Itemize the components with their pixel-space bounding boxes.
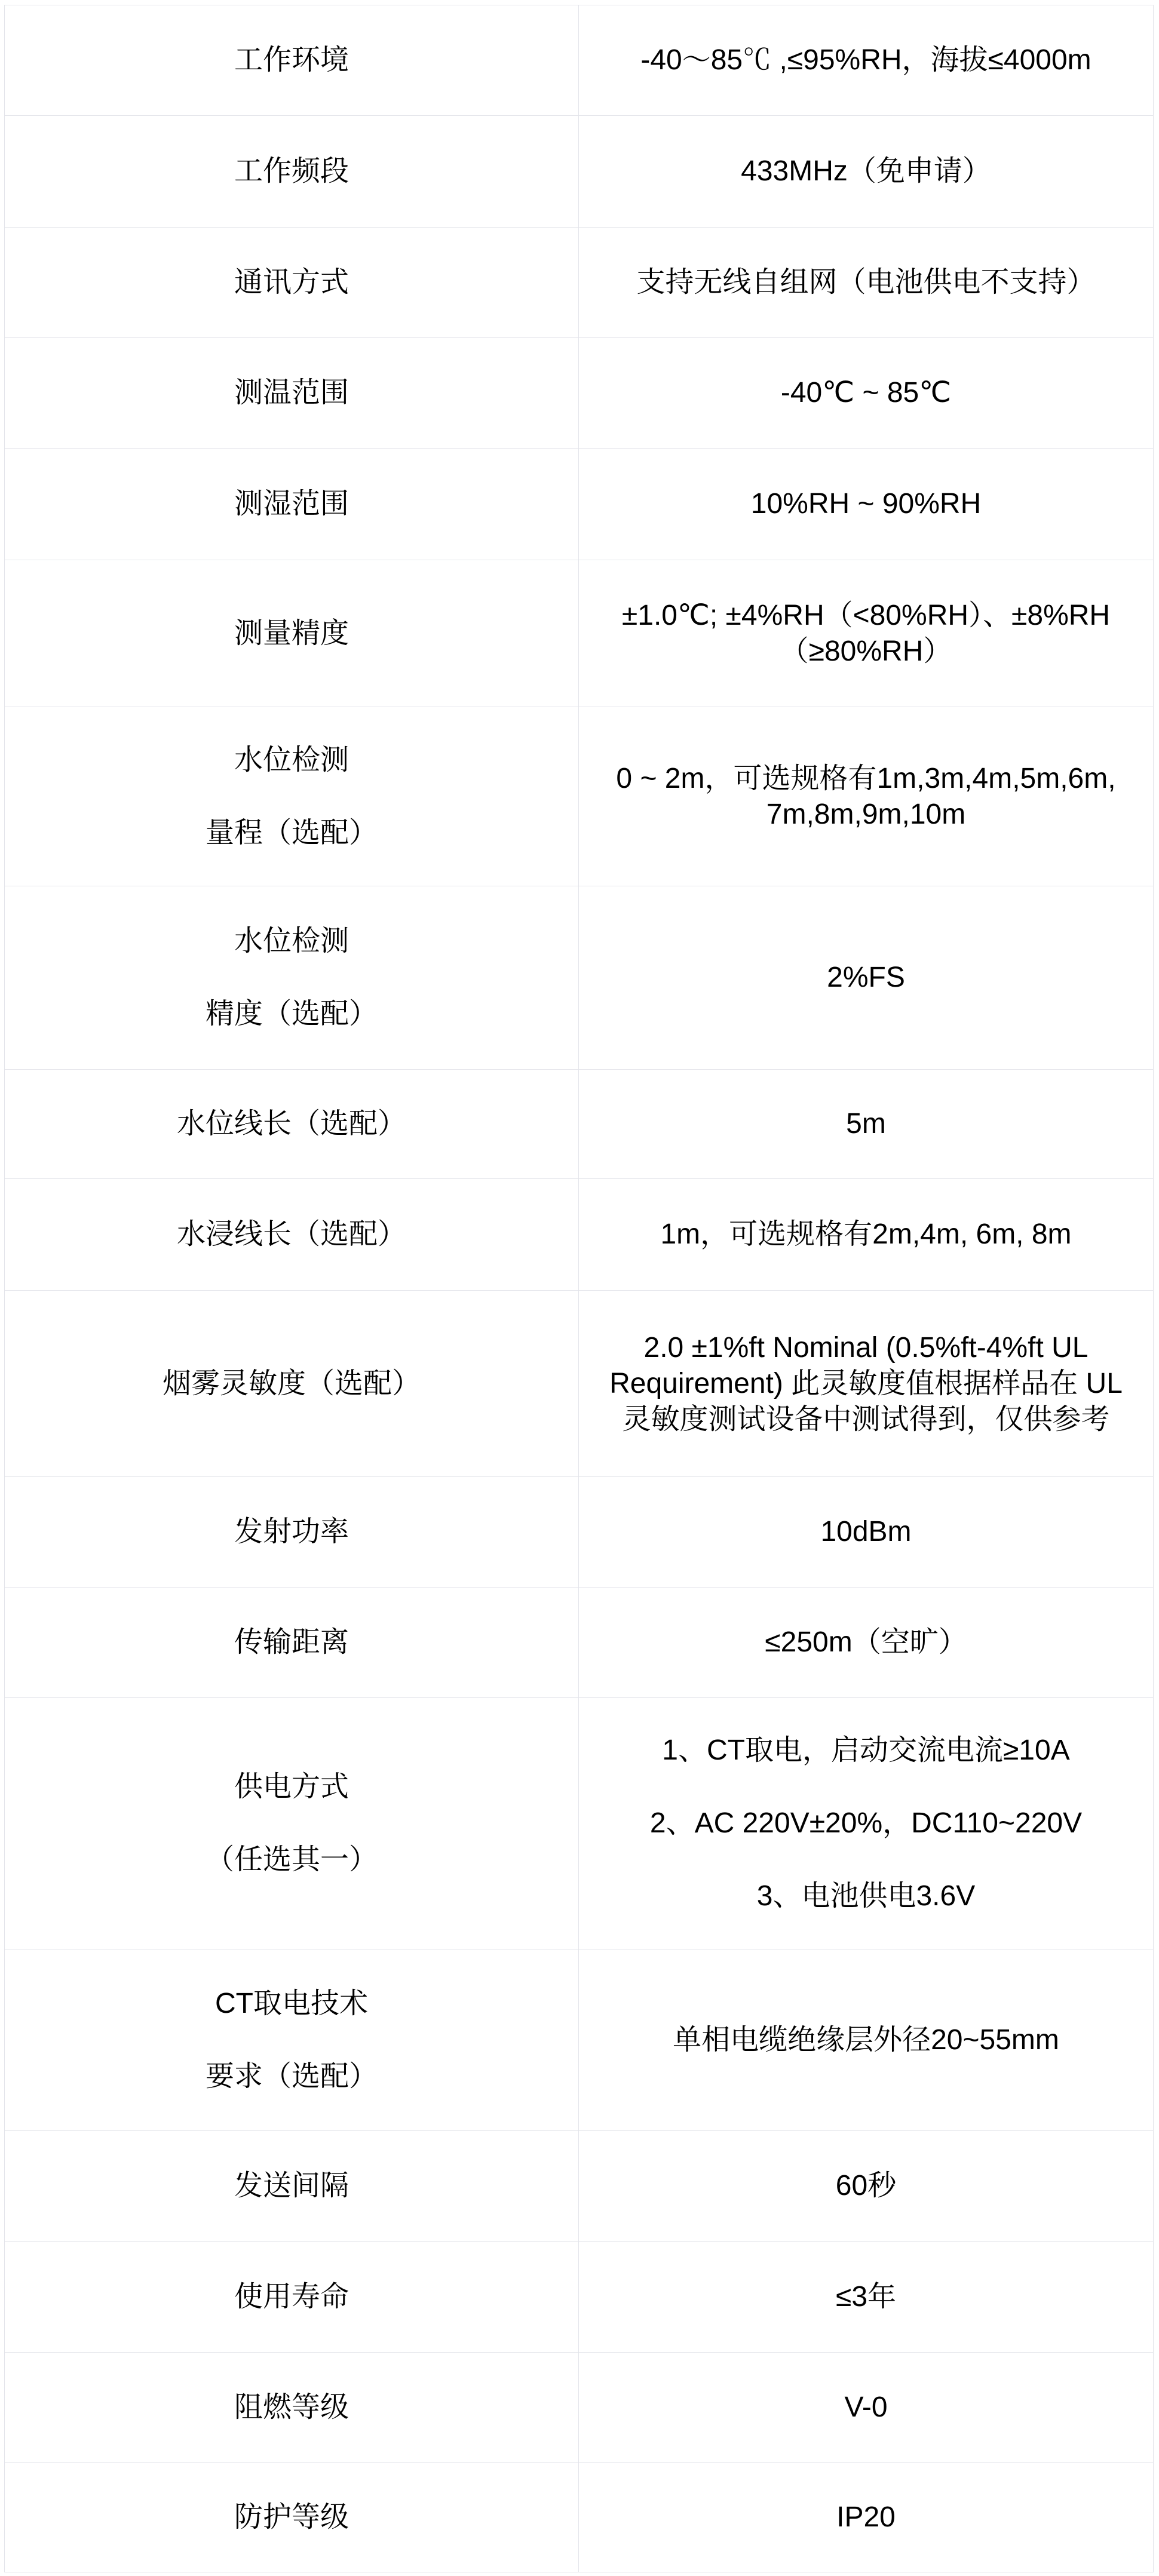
spec-name-cell: 测温范围 xyxy=(5,338,579,449)
spec-name-cell: 防护等级 xyxy=(5,2463,579,2572)
spec-name-cell: 水位检测 精度（选配） xyxy=(5,886,579,1070)
spec-value: V-0 xyxy=(591,2390,1141,2425)
spec-value-cell: 1m，可选规格有2m,4m, 6m, 8m xyxy=(579,1179,1154,1291)
spec-name: 测温范围 xyxy=(17,375,566,411)
spec-name-cell: 工作频段 xyxy=(5,116,579,228)
spec-value-cell: 支持无线自组网（电池供电不支持） xyxy=(579,228,1154,338)
spec-name: CT取电技术 xyxy=(17,1986,566,2022)
table-row: 水位检测 精度（选配） 2%FS xyxy=(5,886,1154,1070)
spec-name-cell: 工作环境 xyxy=(5,5,579,116)
spec-name: 烟雾灵敏度（选配） xyxy=(17,1366,566,1402)
spec-value: 0 ~ 2m，可选规格有1m,3m,4m,5m,6m, 7m,8m,9m,10m xyxy=(591,761,1141,833)
spec-value: 60秒 xyxy=(591,2168,1141,2204)
spec-name: 要求（选配） xyxy=(17,2059,566,2095)
spec-value-cell: 10%RH ~ 90%RH xyxy=(579,449,1154,560)
spec-name-cell: 供电方式 （任选其一） xyxy=(5,1698,579,1949)
spec-name: 发射功率 xyxy=(17,1514,566,1550)
spec-name-cell: 使用寿命 xyxy=(5,2242,579,2353)
table-row: 工作环境 -40～85℃ ,≤95%RH，海拔≤4000m xyxy=(5,5,1154,116)
spec-value: IP20 xyxy=(591,2500,1141,2535)
table-row: 阻燃等级 V-0 xyxy=(5,2353,1154,2463)
table-row: 测量精度 ±1.0℃; ±4%RH（<80%RH）、±8%RH （≥80%RH） xyxy=(5,560,1154,707)
spec-name-cell: 阻燃等级 xyxy=(5,2353,579,2463)
spec-value: 2.0 ±1%ft Nominal (0.5%ft-4%ft UL Requir… xyxy=(591,1330,1141,1438)
spec-name-cell: 发送间隔 xyxy=(5,2131,579,2242)
spec-name-cell: 水位线长（选配） xyxy=(5,1070,579,1179)
spec-name: 防护等级 xyxy=(17,2500,566,2535)
table-row: CT取电技术 要求（选配） 单相电缆绝缘层外径20~55mm xyxy=(5,1949,1154,2131)
spec-value-cell: V-0 xyxy=(579,2353,1154,2463)
spec-value: ±1.0℃; ±4%RH（<80%RH）、±8%RH （≥80%RH） xyxy=(591,598,1141,670)
spec-name-cell: 测量精度 xyxy=(5,560,579,707)
spec-name-cell: 烟雾灵敏度（选配） xyxy=(5,1291,579,1477)
spec-name: 工作频段 xyxy=(17,153,566,189)
table-row: 烟雾灵敏度（选配） 2.0 ±1%ft Nominal (0.5%ft-4%ft… xyxy=(5,1291,1154,1477)
spec-value-cell: 60秒 xyxy=(579,2131,1154,2242)
spec-value-cell: IP20 xyxy=(579,2463,1154,2572)
spec-name-cell: 发射功率 xyxy=(5,1477,579,1588)
spec-name-cell: 传输距离 xyxy=(5,1588,579,1698)
spec-value-cell: 433MHz（免申请） xyxy=(579,116,1154,228)
spec-value-cell: 0 ~ 2m，可选规格有1m,3m,4m,5m,6m, 7m,8m,9m,10m xyxy=(579,707,1154,886)
spec-value: ≤250m（空旷） xyxy=(591,1625,1141,1660)
spec-name-cell: 水位检测 量程（选配） xyxy=(5,707,579,886)
spec-value-cell: -40～85℃ ,≤95%RH，海拔≤4000m xyxy=(579,5,1154,116)
spec-value-cell: ±1.0℃; ±4%RH（<80%RH）、±8%RH （≥80%RH） xyxy=(579,560,1154,707)
spec-name: 精度（选配） xyxy=(17,996,566,1032)
spec-value: -40～85℃ ,≤95%RH，海拔≤4000m xyxy=(591,42,1141,78)
spec-value-cell: 2%FS xyxy=(579,886,1154,1070)
spec-value: 2%FS xyxy=(591,960,1141,996)
table-row: 工作频段 433MHz（免申请） xyxy=(5,116,1154,228)
table-row: 水位线长（选配） 5m xyxy=(5,1070,1154,1179)
spec-value-cell: 10dBm xyxy=(579,1477,1154,1588)
table-row: 测温范围 -40℃ ~ 85℃ xyxy=(5,338,1154,449)
spec-name: 阻燃等级 xyxy=(17,2390,566,2425)
spec-table: 工作环境 -40～85℃ ,≤95%RH，海拔≤4000m 工作频段 433MH… xyxy=(4,5,1154,2572)
spec-name: 水位线长（选配） xyxy=(17,1106,566,1142)
spec-name-cell: CT取电技术 要求（选配） xyxy=(5,1949,579,2131)
spec-name: 工作环境 xyxy=(17,42,566,78)
table-row: 发送间隔 60秒 xyxy=(5,2131,1154,2242)
table-row: 水位检测 量程（选配） 0 ~ 2m，可选规格有1m,3m,4m,5m,6m, … xyxy=(5,707,1154,886)
spec-name-cell: 水浸线长（选配） xyxy=(5,1179,579,1291)
spec-name: 通讯方式 xyxy=(17,265,566,300)
spec-value-cell: ≤3年 xyxy=(579,2242,1154,2353)
spec-value-cell: ≤250m（空旷） xyxy=(579,1588,1154,1698)
table-row: 供电方式 （任选其一） 1、CT取电，启动交流电流≥10A 2、AC 220V±… xyxy=(5,1698,1154,1949)
spec-value: 10%RH ~ 90%RH xyxy=(591,486,1141,522)
spec-name-cell: 测湿范围 xyxy=(5,449,579,560)
table-row: 发射功率 10dBm xyxy=(5,1477,1154,1588)
spec-name: 测湿范围 xyxy=(17,486,566,522)
spec-value-cell: 1、CT取电，启动交流电流≥10A 2、AC 220V±20%，DC110~22… xyxy=(579,1698,1154,1949)
spec-value: 1、CT取电，启动交流电流≥10A xyxy=(591,1733,1141,1768)
spec-name: 供电方式 xyxy=(17,1769,566,1805)
spec-value: 2、AC 220V±20%，DC110~220V xyxy=(591,1806,1141,1841)
spec-name: 发送间隔 xyxy=(17,2168,566,2204)
spec-value-cell: 单相电缆绝缘层外径20~55mm xyxy=(579,1949,1154,2131)
spec-name: 量程（选配） xyxy=(17,815,566,851)
spec-name: 水浸线长（选配） xyxy=(17,1217,566,1252)
table-row: 使用寿命 ≤3年 xyxy=(5,2242,1154,2353)
spec-value: 433MHz（免申请） xyxy=(591,153,1141,189)
spec-value: ≤3年 xyxy=(591,2279,1141,2315)
spec-value-cell: 2.0 ±1%ft Nominal (0.5%ft-4%ft UL Requir… xyxy=(579,1291,1154,1477)
table-row: 防护等级 IP20 xyxy=(5,2463,1154,2572)
spec-name: （任选其一） xyxy=(17,1842,566,1878)
spec-name: 水位检测 xyxy=(17,923,566,959)
spec-name: 测量精度 xyxy=(17,616,566,652)
spec-name: 传输距离 xyxy=(17,1625,566,1660)
spec-value-cell: 5m xyxy=(579,1070,1154,1179)
spec-name: 使用寿命 xyxy=(17,2279,566,2315)
spec-value: -40℃ ~ 85℃ xyxy=(591,375,1141,411)
table-row: 测湿范围 10%RH ~ 90%RH xyxy=(5,449,1154,560)
spec-value: 支持无线自组网（电池供电不支持） xyxy=(591,265,1141,300)
spec-value: 1m，可选规格有2m,4m, 6m, 8m xyxy=(591,1217,1141,1252)
spec-value: 10dBm xyxy=(591,1514,1141,1550)
spec-value-cell: -40℃ ~ 85℃ xyxy=(579,338,1154,449)
spec-name: 水位检测 xyxy=(17,742,566,778)
spec-value: 5m xyxy=(591,1106,1141,1142)
spec-value: 单相电缆绝缘层外径20~55mm xyxy=(591,2022,1141,2058)
table-row: 传输距离 ≤250m（空旷） xyxy=(5,1588,1154,1698)
spec-value: 3、电池供电3.6V xyxy=(591,1878,1141,1914)
table-row: 水浸线长（选配） 1m，可选规格有2m,4m, 6m, 8m xyxy=(5,1179,1154,1291)
table-row: 通讯方式 支持无线自组网（电池供电不支持） xyxy=(5,228,1154,338)
spec-name-cell: 通讯方式 xyxy=(5,228,579,338)
